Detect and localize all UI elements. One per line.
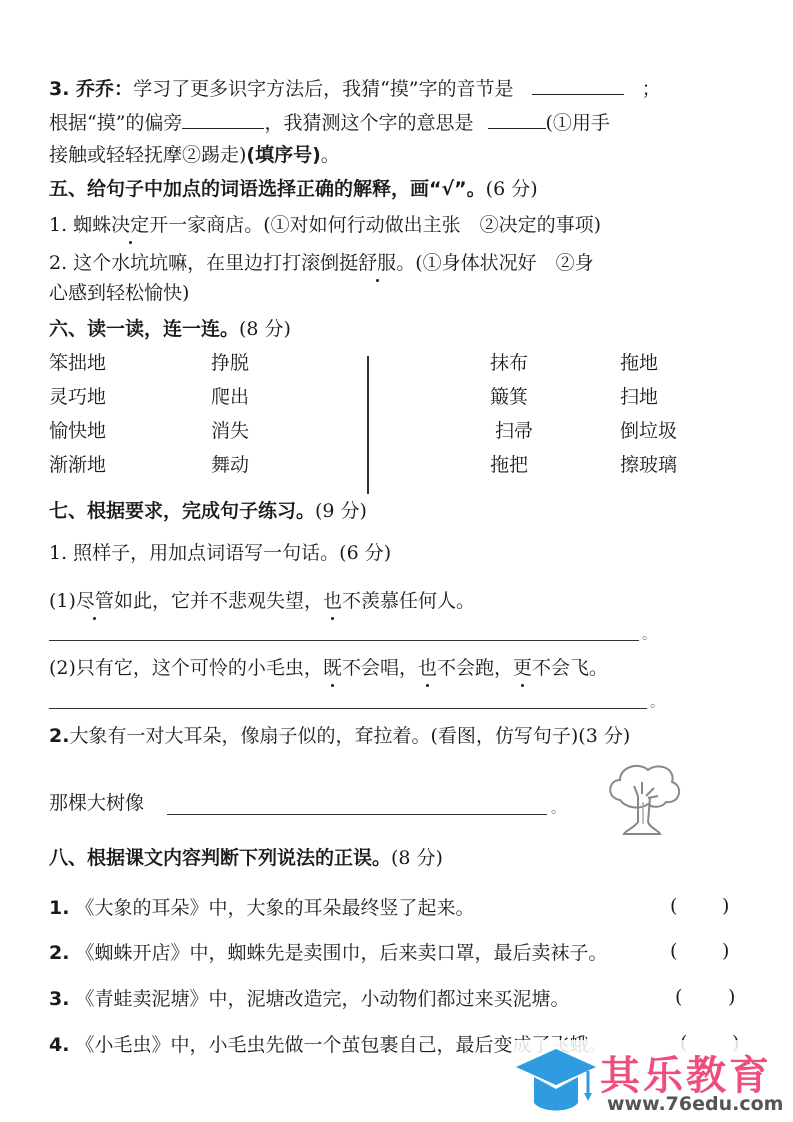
- answer-paren-open: (: [670, 895, 677, 917]
- match-word[interactable]: 倒垃圾: [620, 418, 677, 452]
- answer-box-2[interactable]: [684, 940, 720, 966]
- example-1: (1)尽管如此，它并不悲观失望，也不羡慕任何人。: [49, 588, 475, 614]
- match-left-adverbs: 笨拙地 灵巧地 愉快地 渐渐地: [49, 350, 106, 486]
- match-word[interactable]: 簸箕: [490, 384, 533, 418]
- punct: 。: [321, 144, 340, 166]
- answer-line-2[interactable]: [49, 708, 647, 709]
- item-text: 1. 蜘蛛: [49, 214, 111, 236]
- item-number: 3.: [49, 988, 69, 1010]
- q3-text: 接触或轻轻抚摩②踢走): [49, 144, 246, 166]
- item-text: 《青蛙卖泥塘》中，泥塘改造完，小动物们都过来买泥塘。: [76, 988, 570, 1010]
- dotted-word: 更: [513, 655, 532, 681]
- q3-text: (①用手: [546, 112, 610, 134]
- section5-item-2: 2. 这个水坑坑嘛，在里边打打滚倒挺舒服。(①身体状况好 ②身: [49, 250, 594, 276]
- watermark-url: www.76edu.com: [607, 1093, 783, 1115]
- answer-paren-open: (: [670, 940, 677, 962]
- match-word[interactable]: 渐渐地: [49, 452, 106, 486]
- item-text: (1): [49, 590, 76, 612]
- section7-sub2: 2.大象有一对大耳朵，像扇子似的，耷拉着。(看图，仿写句子)(3 分): [49, 723, 630, 749]
- match-word[interactable]: 爬出: [211, 384, 249, 418]
- item-text: (2)只有它，这个可怜的小毛虫，: [49, 657, 323, 679]
- punct: 。: [551, 798, 565, 818]
- judge-item-3: 3. 《青蛙卖泥塘》中，泥塘改造完，小动物们都过来买泥塘。: [49, 986, 570, 1012]
- judge-item-2: 2. 《蜘蛛开店》中，蜘蛛先是卖围巾，后来卖口罩，最后卖袜子。: [49, 940, 608, 966]
- q3-line3: 接触或轻轻抚摩②踢走)(填序号)。: [49, 142, 340, 168]
- section-score: (9 分): [315, 500, 367, 522]
- answer-paren-close: ): [722, 895, 729, 917]
- answer-blank-syllable[interactable]: [532, 74, 624, 95]
- item-text: 不会飞。: [532, 657, 608, 679]
- punct: 。: [650, 692, 664, 712]
- section7-heading: 七、根据要求，完成句子练习。(9 分): [49, 498, 367, 524]
- item-text: 不会跑，: [437, 657, 513, 679]
- match-right-tasks: 拖地 扫地 倒垃圾 擦玻璃: [620, 350, 677, 486]
- answer-paren-close: ): [728, 986, 735, 1008]
- section-title: 八、根据课文内容判断下列说法的正误。: [49, 847, 391, 869]
- column-divider: [367, 356, 369, 494]
- q3-line1: 3. 乔乔：学习了更多识字方法后，我猜“摸”字的音节是 ；: [49, 74, 661, 102]
- answer-box-1[interactable]: [684, 895, 720, 921]
- item-text: 心感到轻松愉快): [49, 282, 189, 304]
- match-word[interactable]: 抹布: [490, 350, 533, 384]
- tree-illustration-icon: [600, 758, 690, 840]
- dotted-word: 也: [323, 588, 342, 614]
- example-2: (2)只有它，这个可怜的小毛虫，既不会唱，也不会跑，更不会飞。: [49, 655, 608, 681]
- item-text: 。(①身体状况好 ②身: [396, 252, 593, 274]
- section5-heading: 五、给句子中加点的词语选择正确的解释，画“√”。(6 分): [49, 176, 538, 202]
- section-score: (8 分): [391, 847, 443, 869]
- item-text: 《蜘蛛开店》中，蜘蛛先是卖围巾，后来卖口罩，最后卖袜子。: [76, 942, 608, 964]
- sub-question: 大象有一对大耳朵，像扇子似的，耷拉着。(看图，仿写句子)(3 分): [69, 725, 630, 747]
- prompt-text: 那棵大树像: [49, 792, 144, 814]
- match-right-tools: 抹布 簸箕 扫帚 拖把: [490, 350, 533, 486]
- judge-item-1: 1. 《大象的耳朵》中，大象的耳朵最终竖了起来。: [49, 895, 475, 921]
- match-left-verbs: 挣脱 爬出 消失 舞动: [211, 350, 249, 486]
- answer-line-tree[interactable]: [167, 814, 547, 815]
- match-word[interactable]: 笨拙地: [49, 350, 106, 384]
- dotted-word: 也: [418, 655, 437, 681]
- q3-line2: 根据“摸”的偏旁，我猜测这个字的意思是 (①用手: [49, 108, 610, 136]
- match-word[interactable]: 拖地: [620, 350, 677, 384]
- dotted-word: 决定: [111, 212, 149, 238]
- match-word[interactable]: 舞动: [211, 452, 249, 486]
- match-word[interactable]: 愉快地: [49, 418, 106, 452]
- dotted-word: 既: [323, 655, 342, 681]
- item-text: 不会唱，: [342, 657, 418, 679]
- item-number: 1.: [49, 897, 69, 919]
- answer-box-3[interactable]: [690, 986, 726, 1012]
- match-word[interactable]: 擦玻璃: [620, 452, 677, 486]
- item-text: 《大象的耳朵》中，大象的耳朵最终竖了起来。: [76, 897, 475, 919]
- q3-label: 3. 乔乔：: [49, 78, 133, 100]
- answer-blank-meaning[interactable]: [488, 108, 546, 129]
- answer-line-1[interactable]: [49, 640, 639, 641]
- match-word[interactable]: 扫地: [620, 384, 677, 418]
- match-word[interactable]: 挣脱: [211, 350, 249, 384]
- match-word[interactable]: 消失: [211, 418, 249, 452]
- match-word[interactable]: 扫帚: [490, 418, 533, 452]
- section5-item-1: 1. 蜘蛛决定开一家商店。(①对如何行动做出主张 ②决定的事项): [49, 212, 601, 238]
- section-title: 五、给句子中加点的词语选择正确的解释，画“√”。: [49, 178, 486, 200]
- answer-paren-open: (: [675, 986, 682, 1008]
- item-number: 2.: [49, 942, 69, 964]
- section5-item-2-cont: 心感到轻松愉快): [49, 280, 189, 306]
- section-title: 六、读一读，连一连。: [49, 318, 239, 340]
- item-text: 如此，它并不悲观失望，: [114, 590, 323, 612]
- match-word[interactable]: 灵巧地: [49, 384, 106, 418]
- section-score: (6 分): [486, 178, 538, 200]
- item-text: 2. 这个水坑坑嘛，在里边打打滚倒挺: [49, 252, 358, 274]
- sub-number: 2.: [49, 725, 69, 747]
- item-text: 不羡慕任何人。: [342, 590, 475, 612]
- punct: ；: [642, 78, 661, 100]
- tree-prompt-line: 那棵大树像: [49, 790, 144, 816]
- dotted-word: 尽管: [76, 588, 114, 614]
- punct: 。: [642, 624, 656, 644]
- dotted-word: 舒服: [358, 250, 396, 276]
- answer-paren-close: ): [722, 940, 729, 962]
- q3-text: 学习了更多识字方法后，我猜“摸”字的音节是: [133, 78, 513, 100]
- section-score: (8 分): [239, 318, 291, 340]
- q3-text: 根据“摸”的偏旁: [49, 112, 182, 134]
- sub-question: 1. 照样子，用加点词语写一句话。(6 分): [49, 542, 391, 564]
- match-word[interactable]: 拖把: [490, 452, 533, 486]
- answer-blank-radical[interactable]: [182, 108, 264, 129]
- graduation-cap-icon: [512, 1045, 598, 1117]
- q3-text: ，我猜测这个字的意思是: [264, 112, 473, 134]
- section7-sub1: 1. 照样子，用加点词语写一句话。(6 分): [49, 540, 391, 566]
- item-number: 4.: [49, 1034, 69, 1056]
- section6-heading: 六、读一读，连一连。(8 分): [49, 316, 291, 342]
- q3-hint: (填序号): [246, 144, 320, 166]
- item-text: 开一家商店。(①对如何行动做出主张 ②决定的事项): [149, 214, 601, 236]
- section-title: 七、根据要求，完成句子练习。: [49, 500, 315, 522]
- section8-heading: 八、根据课文内容判断下列说法的正误。(8 分): [49, 845, 443, 871]
